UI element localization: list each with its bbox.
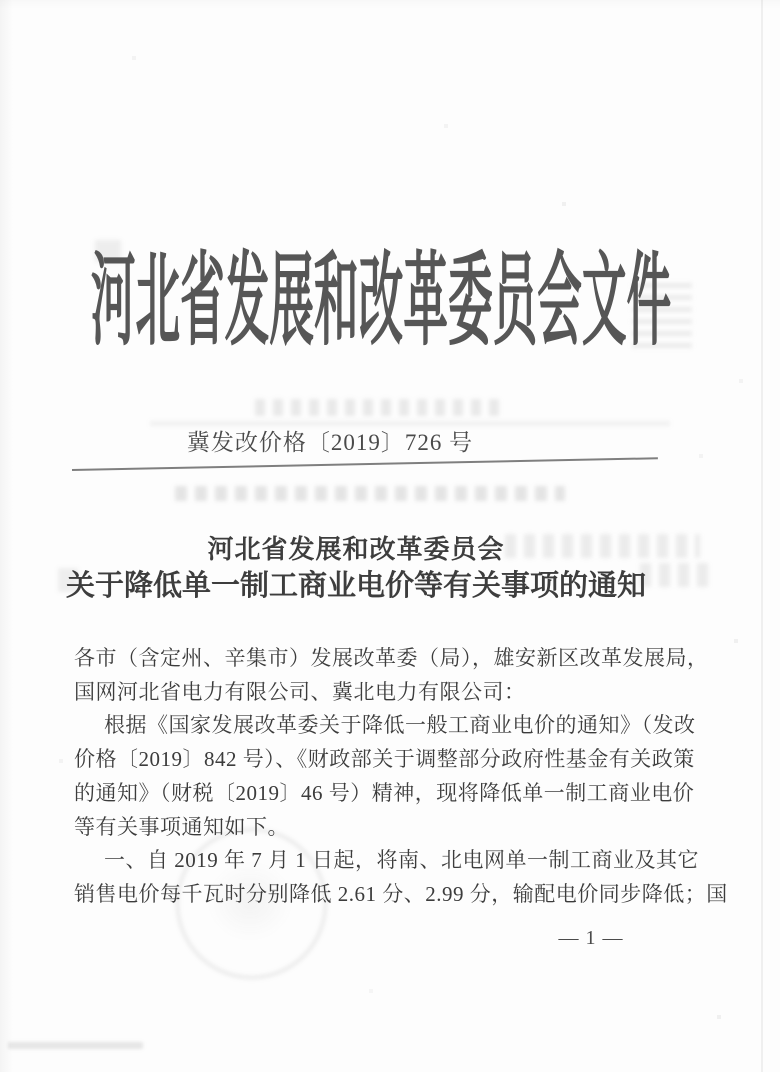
agency-letterhead-title: 河北省发展和改革委员会文件 <box>18 253 743 355</box>
bleedthrough-streak <box>150 421 670 426</box>
bleedthrough-streak <box>8 1042 143 1049</box>
document-reference-number: 冀发改价格〔2019〕726 号 <box>0 430 660 456</box>
bleedthrough-text-row <box>175 486 565 501</box>
notice-title-line2: 关于降低单一制工商业电价等有关事项的通知 <box>0 571 712 602</box>
body-line: 国网河北省电力有限公司、冀北电力有限公司： <box>74 676 674 710</box>
bleedthrough-text-row <box>255 399 500 416</box>
body-line: 根据《国家发展改革委关于降低一般工商业电价的通知》（发改 <box>74 709 674 743</box>
body-line: 价格〔2019〕842 号）、《财政部关于调整部分政府性基金有关政策 <box>74 743 674 777</box>
scan-noise-speckles <box>0 0 2 2</box>
page-number: — 1 — <box>556 927 626 949</box>
notice-body: 各市（含定州、辛集市）发展改革委（局），雄安新区改革发展局， 国网河北省电力有限… <box>74 642 674 912</box>
scan-edge-line <box>761 0 763 1072</box>
body-line: 各市（含定州、辛集市）发展改革委（局），雄安新区改革发展局， <box>74 642 674 676</box>
body-line: 的通知》（财税〔2019〕46 号）精神，现将降低单一制工商业电价 <box>74 777 674 811</box>
body-line: 销售电价每千瓦时分别降低 2.61 分、2.99 分，输配电价同步降低；国 <box>74 878 674 912</box>
notice-title-line1: 河北省发展和改革委员会 <box>0 536 712 564</box>
body-line: 一、自 2019 年 7 月 1 日起，将南、北电网单一制工商业及其它 <box>74 844 674 878</box>
notice-title: 河北省发展和改革委员会 关于降低单一制工商业电价等有关事项的通知 <box>0 536 712 602</box>
letterhead-divider-rule <box>72 457 658 471</box>
scanned-document-page: 河北省发展和改革委员会文件 冀发改价格〔2019〕726 号 河北省发展和改革委… <box>0 0 780 1072</box>
body-line: 等有关事项通知如下。 <box>74 811 674 845</box>
